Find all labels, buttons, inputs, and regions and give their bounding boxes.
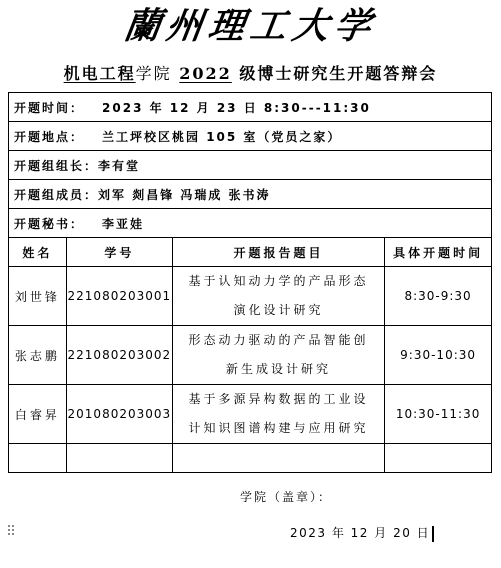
- info-label: 开题组成员：: [14, 188, 98, 202]
- header-id[interactable]: 学号: [66, 238, 172, 267]
- table-row-empty: [9, 444, 492, 473]
- cell-empty[interactable]: [66, 444, 172, 473]
- defense-schedule-table: 开题时间：2023 年 12 月 23 日 8:30---11:30 开题地点：…: [8, 92, 492, 473]
- cell-topic[interactable]: 基于多源异构数据的工业设计知识图谱构建与应用研究: [172, 385, 384, 444]
- text-cursor: [432, 526, 434, 542]
- topic-line: 形态动力驱动的产品智能创: [173, 326, 384, 355]
- info-label: 开题时间：: [14, 101, 84, 115]
- info-value: 李亚娃: [102, 217, 144, 231]
- info-row-location: 开题地点：兰工坪校区桃园 105 室（党员之家）: [9, 122, 492, 151]
- topic-line: 基于认知动力学的产品形态: [173, 267, 384, 296]
- cell-empty[interactable]: [172, 444, 384, 473]
- cell-time[interactable]: 8:30-9:30: [385, 267, 492, 326]
- header-topic[interactable]: 开题报告题目: [172, 238, 384, 267]
- topic-line: 计知识图谱构建与应用研究: [173, 414, 384, 443]
- college-stamp-label: 学院（盖章）：: [240, 488, 332, 505]
- date-text: 2023 年 12 月 20 日: [290, 526, 430, 540]
- cell-id[interactable]: 221080203002: [66, 326, 172, 385]
- table-row: 刘世锋 221080203001 基于认知动力学的产品形态演化设计研究 8:30…: [9, 267, 492, 326]
- cell-name[interactable]: 刘世锋: [9, 267, 67, 326]
- table-row: 白睿昇 201080203003 基于多源异构数据的工业设计知识图谱构建与应用研…: [9, 385, 492, 444]
- title-rest: 级博士研究生开题答辩会: [232, 64, 438, 83]
- topic-line: 新生成设计研究: [173, 355, 384, 384]
- info-row-time: 开题时间：2023 年 12 月 23 日 8:30---11:30: [9, 93, 492, 122]
- cell-name[interactable]: 白睿昇: [9, 385, 67, 444]
- signature-date[interactable]: 2023 年 12 月 20 日: [290, 524, 434, 542]
- table-header-row: 姓名 学号 开题报告题目 具体开题时间: [9, 238, 492, 267]
- info-row-leader: 开题组组长：李有堂: [9, 151, 492, 180]
- info-value: 2023 年 12 月 23 日 8:30---11:30: [102, 101, 371, 115]
- title-year: 2022: [179, 64, 232, 83]
- info-value: 李有堂: [98, 159, 140, 173]
- header-time[interactable]: 具体开题时间: [385, 238, 492, 267]
- university-logo: 蘭州理工大学: [0, 4, 501, 48]
- info-row-secretary: 开题秘书：李亚娃: [9, 209, 492, 238]
- title-college-suffix: 学院: [136, 64, 172, 83]
- cell-topic[interactable]: 基于认知动力学的产品形态演化设计研究: [172, 267, 384, 326]
- info-label: 开题秘书：: [14, 217, 84, 231]
- cell-time[interactable]: 10:30-11:30: [385, 385, 492, 444]
- topic-line: 基于多源异构数据的工业设: [173, 385, 384, 414]
- header-name[interactable]: 姓名: [9, 238, 67, 267]
- cell-empty[interactable]: [9, 444, 67, 473]
- cell-id[interactable]: 201080203003: [66, 385, 172, 444]
- info-label: 开题地点：: [14, 130, 84, 144]
- table-row: 张志鹏 221080203002 形态动力驱动的产品智能创新生成设计研究 9:3…: [9, 326, 492, 385]
- info-value: 兰工坪校区桃园 105 室（党员之家）: [102, 130, 341, 144]
- cell-name[interactable]: 张志鹏: [9, 326, 67, 385]
- info-label: 开题组组长：: [14, 159, 98, 173]
- topic-line: 演化设计研究: [173, 296, 384, 325]
- cell-id[interactable]: 221080203001: [66, 267, 172, 326]
- cell-topic[interactable]: 形态动力驱动的产品智能创新生成设计研究: [172, 326, 384, 385]
- drag-handle-icon[interactable]: [8, 525, 16, 537]
- info-row-members: 开题组成员：刘军 剡昌锋 冯瑞成 张书涛: [9, 180, 492, 209]
- cell-empty[interactable]: [385, 444, 492, 473]
- document-title: 机电工程学院 2022 级博士研究生开题答辩会: [0, 62, 501, 86]
- title-college: 机电工程: [64, 64, 136, 83]
- info-value: 刘军 剡昌锋 冯瑞成 张书涛: [98, 188, 271, 202]
- cell-time[interactable]: 9:30-10:30: [385, 326, 492, 385]
